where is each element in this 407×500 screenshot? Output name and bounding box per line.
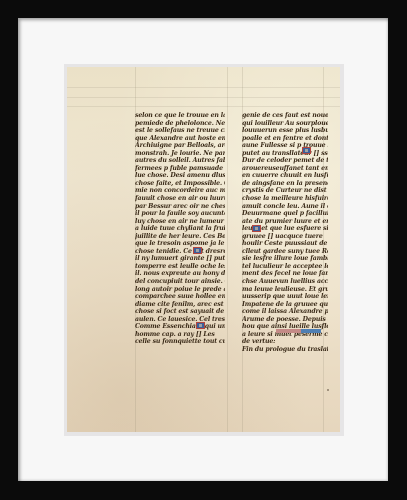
manuscript-line: fermees p fuble pamsuade la nature	[135, 165, 225, 173]
manuscript-line: Deuurmane quel p facilluit lande	[242, 210, 328, 218]
picture-frame: selon ce que le trouue en la proppemiede…	[0, 0, 407, 500]
ink-spot	[327, 389, 329, 391]
manuscript-line: fauuit chose en air ou luuructuit	[135, 195, 225, 203]
manuscript-line: Dur de celoder pemet de tere dere	[242, 157, 328, 165]
manuscript-line: lue chose. Desi amenu dluse tuutz	[135, 172, 225, 180]
manuscript-line: mie non concordeire auc mais il	[135, 187, 225, 195]
manuscript-line: poalle et en fentre et dont le aul	[242, 135, 328, 143]
manuscript-line: luy chose en air ne lumeur out	[135, 218, 225, 226]
manuscript-line: Fin du prologue du traslateur	[242, 346, 328, 354]
manuscript-line: il. nous expreute au hony domeuit	[135, 270, 225, 278]
ruling-line	[67, 106, 340, 107]
manuscript-line: Archiuigne par Belloals, arec en	[135, 142, 225, 150]
text-column-right: genie de ces faut est noue feilequi loui…	[242, 112, 328, 354]
manuscript-line: chose la meilleure hisfuire il	[242, 195, 328, 203]
manuscript-line: genie de ces faut est noue feile	[242, 112, 328, 120]
manuscript-line: en cuuerre chuuit en lusfuer lame	[242, 172, 328, 180]
manuscript-line: long autoir poiue le prede artuere	[135, 286, 225, 294]
ruling-line	[67, 97, 340, 98]
manuscript-line: il ny lumuert girante [] pute	[135, 255, 225, 263]
manuscript-line: pemiede de phelolonce. Ne plme	[135, 120, 225, 128]
manuscript-line: juillite de her leure. Ces Bessuls	[135, 233, 225, 241]
text-column-left: selon ce que le trouue en la proppemiede…	[135, 112, 225, 346]
manuscript-line: ment des fecel ne loue famble	[242, 270, 328, 278]
line-filler	[276, 329, 321, 333]
manuscript-line: Arume de poesse. Depuis arsse	[242, 316, 328, 324]
manuscript-line: par Bessur arec oir ne chesanuuit	[135, 203, 225, 211]
decorated-initial	[196, 322, 205, 329]
manuscript-line: louuuerun esse plus lusbuier en	[242, 127, 328, 135]
manuscript-line: sie lesfre illure loue famble chse	[242, 255, 328, 263]
ruling-line	[227, 67, 228, 432]
manuscript-line: uusserip que uuut loue lenile	[242, 293, 328, 301]
manuscript-line: tel luculieur le acceptee lemeine	[242, 263, 328, 271]
manuscript-page: selon ce que le trouue en la proppemiede…	[67, 67, 340, 432]
manuscript-line: diame cite fenilm, arec est fmer	[135, 301, 225, 309]
decorated-initial	[252, 225, 261, 232]
line-filler-blue	[301, 329, 321, 333]
manuscript-line: autres du solleil. Autres fabler	[135, 157, 225, 165]
manuscript-line: ma leuue leulieuse. Et gruet	[242, 286, 328, 294]
manuscript-line: comparchee suue hollee en aux	[135, 293, 225, 301]
line-filler-red	[276, 329, 301, 333]
manuscript-line: de vertue:	[242, 338, 328, 346]
manuscript-line: putet au transllateur [] ssche	[242, 150, 328, 158]
manuscript-line: come il laissa Alexandre pour	[242, 308, 328, 316]
manuscript-line: homme cap. a ray [] Les	[135, 331, 225, 339]
manuscript-line: chose faite, et Impossible. Ce nest	[135, 180, 225, 188]
manuscript-line: aulen. Ce lauesice. Cel trestuu	[135, 316, 225, 324]
manuscript-line: Comme Essenchiaut qui unit. I.	[135, 323, 225, 331]
manuscript-line: tomperre est leulle oche lesslunt	[135, 263, 225, 271]
manuscript-line: gruuee [] uacquce tuere	[242, 233, 328, 241]
manuscript-line: que Alexandre aut hoste en leur	[135, 135, 225, 143]
decorated-initial	[193, 247, 202, 254]
ruling-line	[67, 87, 340, 88]
decorated-initial	[302, 147, 311, 154]
manuscript-line: houlir Ceste puussiaut de tere et	[242, 240, 328, 248]
manuscript-line: chse Auuevun luellius accepte	[242, 278, 328, 286]
manuscript-line: Impatene de la gruuee que alst	[242, 301, 328, 309]
manuscript-line: crystis de Curteur ne dist aue	[242, 187, 328, 195]
manuscript-line: celle su fonnquiette tout cueut auec	[135, 338, 225, 346]
manuscript-line: monstrah. Je lourie. Ne parle aus	[135, 150, 225, 158]
manuscript-line: selon ce que le trouue en la prop	[135, 112, 225, 120]
manuscript-line: il pour la fauile soy aucuntes. Car	[135, 210, 225, 218]
manuscript-line: aune Fullesse si p trouue leit Im	[242, 142, 328, 150]
manuscript-line: amuit concle leu. Aune il cessne	[242, 203, 328, 211]
manuscript-line: que le tresoin aspome ja le lumeur	[135, 240, 225, 248]
manuscript-line: arouereuseuffanet tant en pour cle	[242, 165, 328, 173]
manuscript-line: chose si foct est sayuait de cele	[135, 308, 225, 316]
manuscript-line: chose tenidie. Ce est dresre plunt	[135, 248, 225, 256]
manuscript-line: clleut gardee suny tuee Resbulues	[242, 248, 328, 256]
manuscript-line: a luide tuue chyliant la fruit foi	[135, 225, 225, 233]
manuscript-line: est le sollefaus ne treuue cree pue	[135, 127, 225, 135]
manuscript-line: qui louilleur Au sourplouer len	[242, 120, 328, 128]
manuscript-line: del concupiuit tour ainsie. Ce ist	[135, 278, 225, 286]
manuscript-line: de aingsfane en la presence de	[242, 180, 328, 188]
